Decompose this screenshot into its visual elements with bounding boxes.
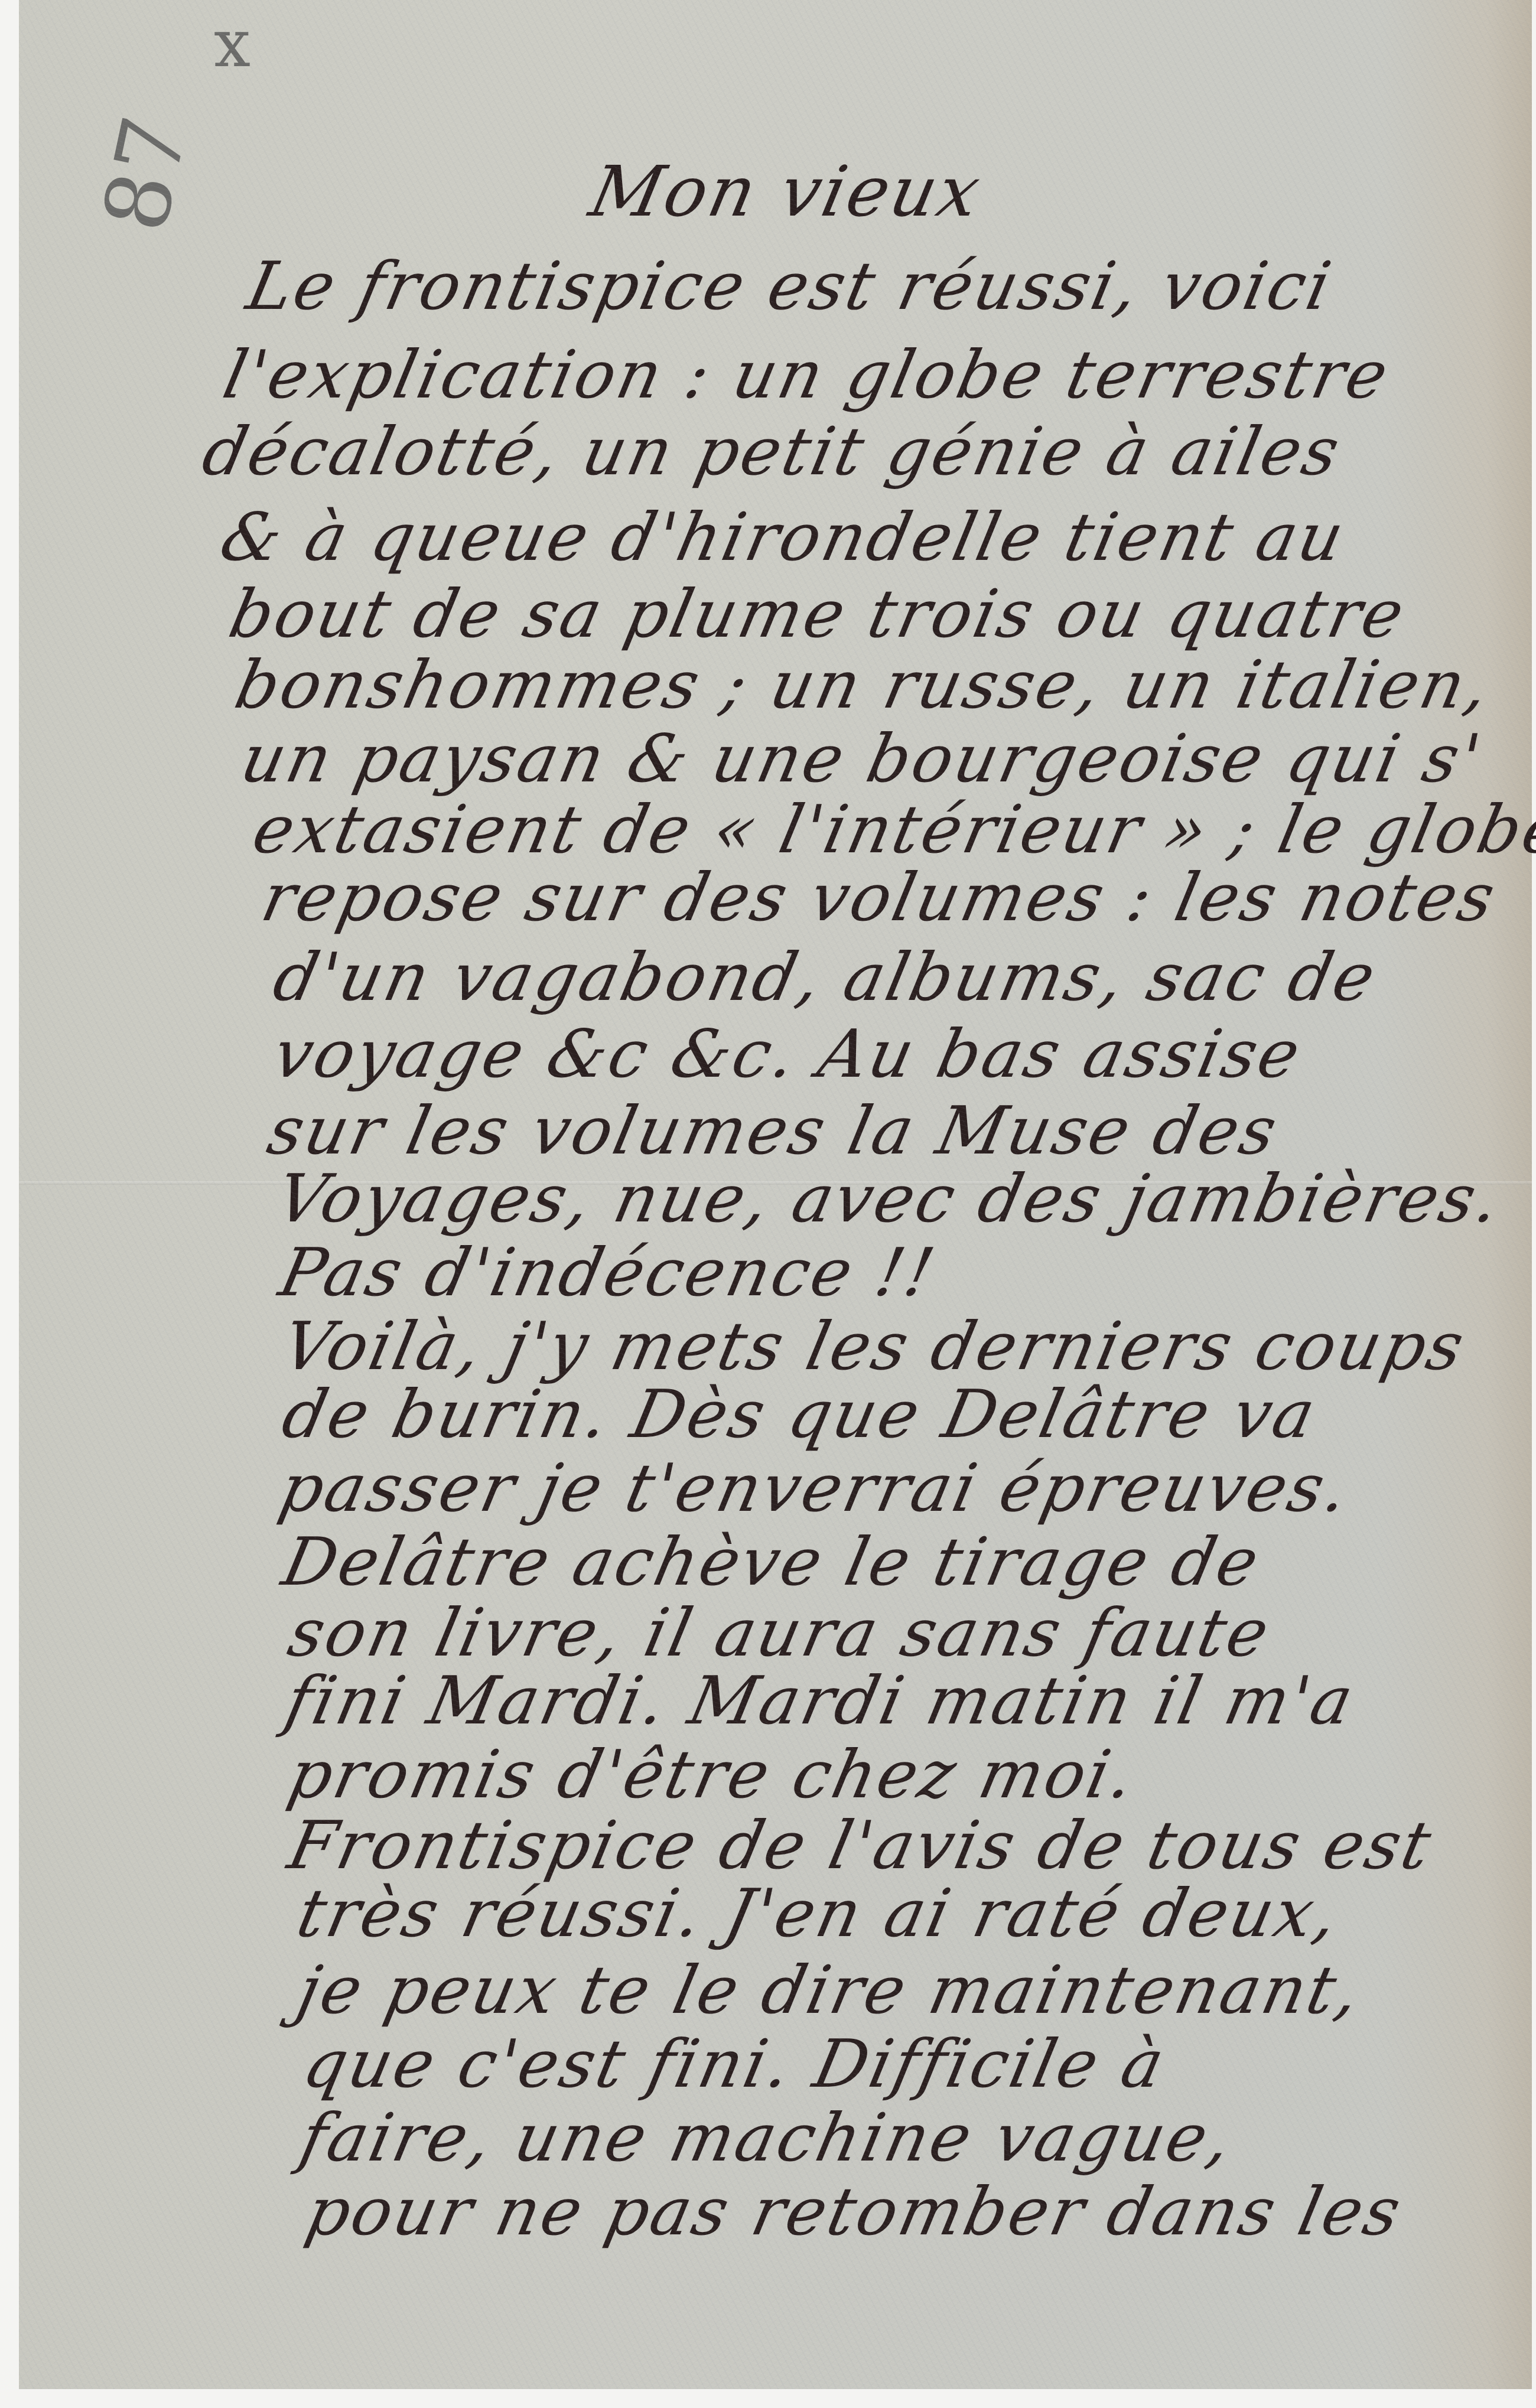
letter-line-9: repose sur des volumes : les notes bbox=[255, 859, 1504, 936]
letter-line-18: Delâtre achève le tirage de bbox=[276, 1524, 1267, 1601]
letter-line-24: je peux te le dire maintenant, bbox=[291, 1952, 1369, 2029]
salutation: Mon vieux bbox=[583, 151, 989, 232]
letter-line-14: Pas d'indécence !! bbox=[273, 1234, 943, 1311]
letter-line-13: Voyages, nue, avec des jambières. bbox=[270, 1161, 1508, 1237]
letter-line-2: l'explication : un globe terrestre bbox=[217, 337, 1397, 413]
letter-line-23: très réussi. J'en ai raté deux, bbox=[291, 1875, 1346, 1952]
letter-line-27: pour ne pas retomber dans les bbox=[300, 2174, 1409, 2250]
letter-line-19: son livre, il aura sans faute bbox=[282, 1595, 1277, 1671]
letter-line-20: fini Mardi. Mardi matin il m'a bbox=[279, 1663, 1362, 1739]
letter-line-4: & à queue d'hirondelle tient au bbox=[214, 499, 1352, 576]
letter-line-8: extasient de « l'intérieur » ; le globe bbox=[246, 791, 1536, 868]
letter-line-12: sur les volumes la Muse des bbox=[261, 1093, 1286, 1169]
letter-sheet: x 87 Mon vieux Le frontispice est réussi… bbox=[19, 0, 1532, 2389]
letter-line-21: promis d'être chez moi. bbox=[282, 1736, 1143, 1813]
letter-line-15: Voilà, j'y mets les derniers coups bbox=[276, 1308, 1472, 1385]
letter-line-5: bout de sa plume trois ou quatre bbox=[223, 576, 1413, 653]
letter-line-11: voyage &c &c. Au bas assise bbox=[267, 1016, 1309, 1093]
letter-line-6: bonshommes ; un russe, un italien, bbox=[229, 647, 1498, 724]
letter-line-16: de burin. Dès que Delâtre va bbox=[276, 1376, 1324, 1453]
folio-number: 87 bbox=[84, 108, 208, 240]
letter-line-7: un paysan & une bourgeoise qui s' bbox=[235, 721, 1489, 797]
letter-line-3: décalotté, un petit génie à ailes bbox=[196, 413, 1348, 490]
letter-line-10: d'un vagabond, albums, sac de bbox=[267, 939, 1384, 1016]
letter-line-17: passer je t'enverrai épreuves. bbox=[273, 1450, 1357, 1527]
letter-line-25: que c'est fini. Difficile à bbox=[297, 2026, 1173, 2103]
letter-line-1: Le frontispice est réussi, voici bbox=[240, 248, 1339, 325]
letter-line-26: faire, une machine vague, bbox=[294, 2100, 1240, 2176]
archive-pencil-mark: x bbox=[214, 6, 250, 82]
letter-line-22: Frontispice de l'avis de tous est bbox=[282, 1807, 1440, 1884]
